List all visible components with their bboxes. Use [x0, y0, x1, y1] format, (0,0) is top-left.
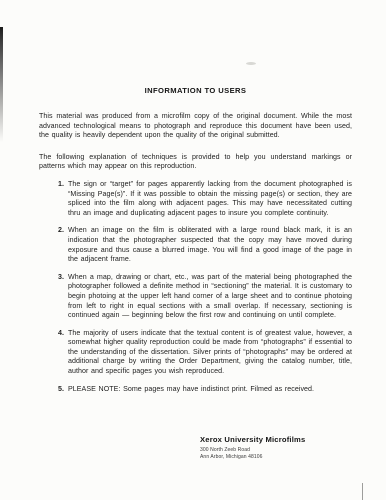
list-item-text: The majority of users indicate that the … [68, 329, 352, 377]
list-item-text: The sign or “target” for pages apparentl… [68, 180, 352, 218]
list-item-number: 2. [58, 226, 68, 264]
explanation-paragraph: The following explanation of techniques … [39, 153, 352, 172]
list-item-number: 4. [58, 329, 68, 377]
list-item-3: 3. When a map, drawing or chart, etc., w… [58, 273, 352, 321]
publisher-name: Xerox University Microfilms [200, 435, 305, 444]
list-item-2: 2. When an image on the film is oblitera… [58, 226, 352, 264]
page-title: INFORMATION TO USERS [39, 86, 352, 95]
list-item-1: 1. The sign or “target” for pages appare… [58, 180, 352, 218]
list-item-number: 5. [58, 385, 68, 395]
list-item-number: 1. [58, 180, 68, 218]
list-item-4: 4. The majority of users indicate that t… [58, 329, 352, 377]
document-content: INFORMATION TO USERS This material was p… [0, 0, 386, 402]
list-item-text: When a map, drawing or chart, etc., was … [68, 273, 352, 321]
scan-edge-artifact-right [362, 483, 363, 500]
list-item-5: 5. PLEASE NOTE: Some pages may have indi… [58, 385, 352, 395]
intro-paragraph: This material was produced from a microf… [39, 112, 352, 141]
numbered-list: 1. The sign or “target” for pages appare… [58, 180, 352, 394]
publisher-address-line1: 300 North Zeeb Road [200, 447, 305, 454]
list-item-text: PLEASE NOTE: Some pages may have indisti… [68, 385, 352, 395]
publisher-address-line2: Ann Arbor, Michigan 48106 [200, 454, 305, 461]
list-item-text: When an image on the film is obliterated… [68, 226, 352, 264]
scanned-document-page: INFORMATION TO USERS This material was p… [0, 0, 386, 500]
publisher-footer: Xerox University Microfilms 300 North Ze… [200, 435, 305, 461]
list-item-number: 3. [58, 273, 68, 321]
